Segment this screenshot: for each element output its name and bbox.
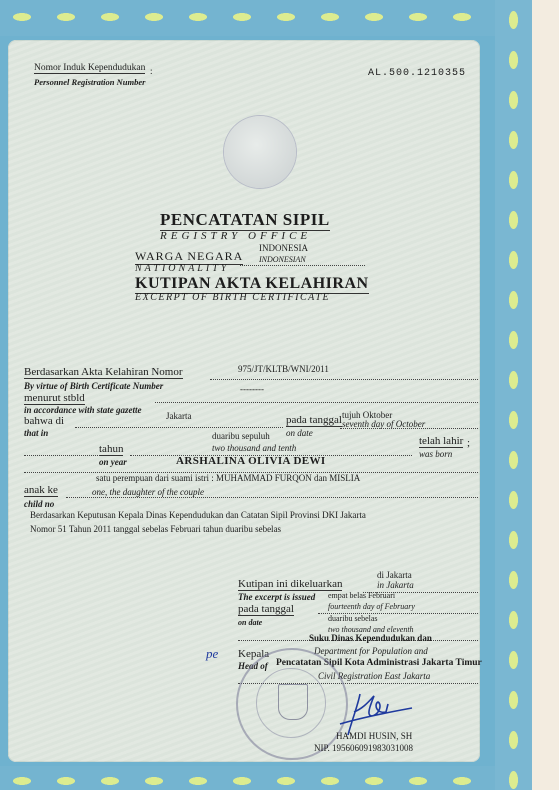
year-value: duaribu sepuluh (212, 431, 270, 441)
date-label-en: on date (286, 428, 313, 438)
nik-colon: : (150, 66, 153, 76)
gazette-label-en: in accordance with state gazette (24, 405, 142, 415)
child-no-value-en: one, the daughter of the couple (92, 487, 204, 497)
issued-date-value-en: fourteenth day of February (328, 602, 415, 611)
date-label: pada tanggal (286, 414, 342, 427)
gazette-value: -------- (240, 384, 264, 394)
place-value: Jakarta (166, 411, 191, 421)
official-nip: NIP. 195606091983031008 (314, 743, 413, 753)
nationality-label-en: NATIONALITY (135, 263, 229, 274)
nik-label: Nomor Induk Kependudukan (34, 63, 145, 74)
child-no-label: anak ke (24, 484, 58, 497)
child-no-label-en: child no (24, 499, 54, 509)
born-colon: ; (467, 437, 470, 449)
decorative-border-right (495, 0, 532, 790)
serial-number: AL.500.1210355 (368, 68, 466, 79)
decree-line-1: Berdasarkan Keputusan Kepala Dinas Kepen… (30, 510, 366, 520)
issued-place: di Jakarta (377, 570, 412, 580)
document-title-en: EXCERPT OF BIRTH CERTIFICATE (135, 292, 330, 303)
year-label-en: on year (99, 457, 127, 467)
issued-label: Kutipan ini dikeluarkan (238, 578, 342, 591)
decorative-border-top (0, 0, 495, 36)
jakarta-emblem-icon (278, 684, 308, 720)
year-label: tahun (99, 443, 123, 456)
born-label-en: was born (419, 449, 452, 459)
issued-year-value: duaribu sebelas (328, 614, 378, 623)
year-value-en: two thousand and tenth (212, 443, 296, 453)
embossed-seal-icon (224, 116, 296, 188)
certificate-number-label-en: By virtue of Birth Certificate Number (24, 381, 163, 391)
issued-date-value: empat belas Februari (328, 591, 395, 600)
nationality-value: INDONESIA (259, 243, 308, 253)
decorative-border-bottom (0, 766, 495, 790)
certificate-number-label: Berdasarkan Akta Kelahiran Nomor (24, 366, 183, 379)
initials-mark: ре (206, 646, 218, 662)
issued-date-label-en: on date (238, 618, 262, 627)
child-name: ARSHALINA OLIVIA DEWI (176, 455, 326, 467)
born-label: telah lahir (419, 435, 463, 448)
office-title: PENCATATAN SIPIL (160, 210, 330, 231)
office-line-1: Suku Dinas Kependudukan dan (309, 633, 432, 643)
nik-label-en: Personnel Registration Number (34, 77, 145, 87)
official-name: HAMDI HUSIN, SH (336, 731, 412, 741)
issued-place-en: in Jakarta (377, 580, 414, 590)
nationality-value-en: INDONESIAN (259, 255, 306, 264)
gazette-label: menurut stbld (24, 392, 85, 405)
place-label-en: that in (24, 428, 48, 438)
decree-line-2: Nomor 51 Tahun 2011 tanggal sebelas Febr… (30, 524, 281, 534)
place-label: bahwa di (24, 415, 64, 427)
child-no-value: satu perempuan dari suami istri : MUHAMM… (96, 473, 360, 483)
issued-label-en: The excerpt is issued (238, 592, 315, 602)
office-title-en: REGISTRY OFFICE (160, 230, 311, 242)
issued-date-label: pada tanggal (238, 603, 294, 616)
office-line-1-en: Department for Population and (314, 646, 428, 656)
certificate-number-value: 975/JT/KLTB/WNI/2011 (238, 364, 329, 374)
